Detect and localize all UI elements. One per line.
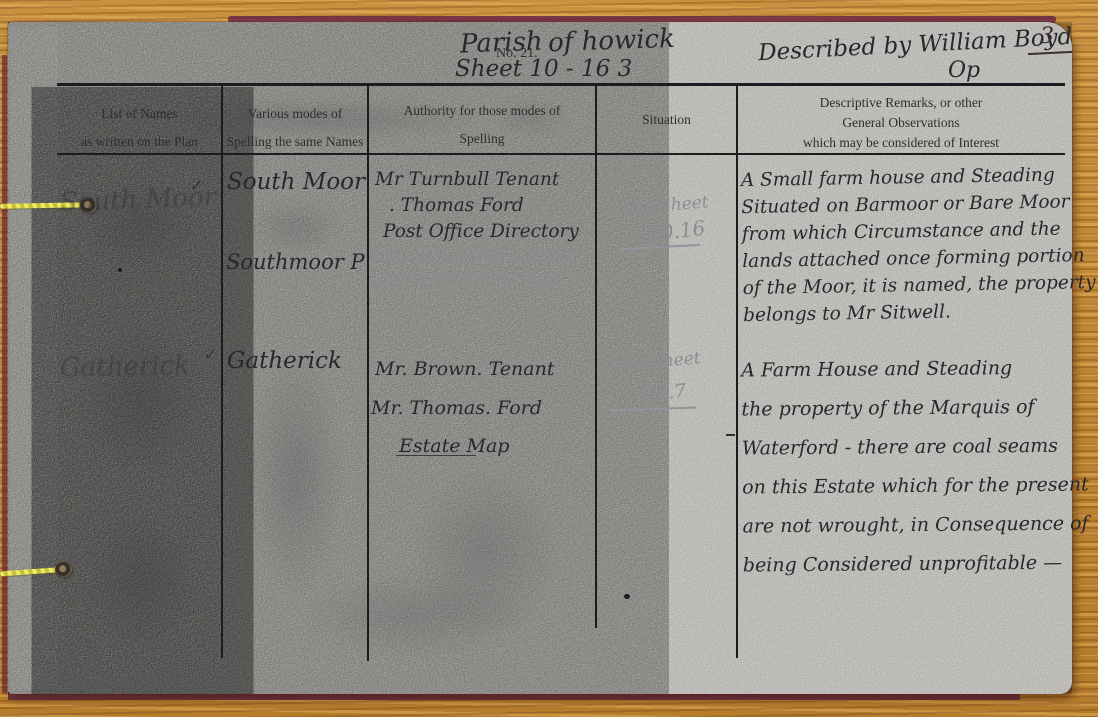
sheet-line-script: Sheet 10 - 16 3 [455,56,632,82]
column-header-remarks: Descriptive Remarks, or other General Ob… [737,93,1065,153]
row1-checkmark: ✓ [190,176,203,195]
column-header-names: List of Names as written on the Plan [57,100,222,156]
row1-remarks: A Small farm house and Steading Situated… [741,161,1097,329]
book-edge-left [2,55,7,693]
column-header-authority: Authority for those modes of Spelling [368,97,596,153]
parish-place-script: of howick [548,24,676,58]
row2-checkmark: ✓ [204,345,217,364]
page-number: 3 [1040,24,1054,49]
stain [58,480,223,680]
row1-spelling-1: South Moor [227,169,365,195]
column-header-spelling-modes: Various modes of Spelling the same Names [222,100,368,156]
table-rule-col4 [736,83,738,658]
row2-margin-dash [726,434,735,436]
row2-remarks: A Farm House and Steading the property o… [741,348,1090,585]
table-rule-col3 [595,83,597,628]
row1-authority-ink: Mr Turnbull Tenant . Thomas Ford Post Of… [375,167,579,245]
row2-situation-line2: 10.7 [643,380,687,406]
ink-speck [118,268,122,272]
row2-spelling-1: Gatherick [227,348,342,374]
row1-authority-pencil-note: Should be Compounded agreeably to Survey… [372,247,572,289]
described-by-flourish: Op [948,58,980,83]
column-header-situation: Situation [596,112,737,128]
binding-grommet-lower [55,562,72,577]
table-rule-top [57,83,1065,86]
ink-speck [624,594,630,599]
row2-plan-name-faded: Gatherick [60,351,190,383]
table-rule-col1 [221,83,223,658]
stain [250,555,580,675]
table-rule-col2 [367,83,369,661]
row2-authority-ink: Mr. Brown. Tenant Mr. Thomas. Ford Estat… [375,358,554,457]
underlying-page-edge [10,27,58,689]
row1-spelling-2: Southmoor P [226,250,365,274]
stain [52,290,227,510]
row2-estate-map-underline [396,455,476,456]
scanned-name-book-page: { "document": { "page_number": "3", "hea… [0,0,1098,717]
